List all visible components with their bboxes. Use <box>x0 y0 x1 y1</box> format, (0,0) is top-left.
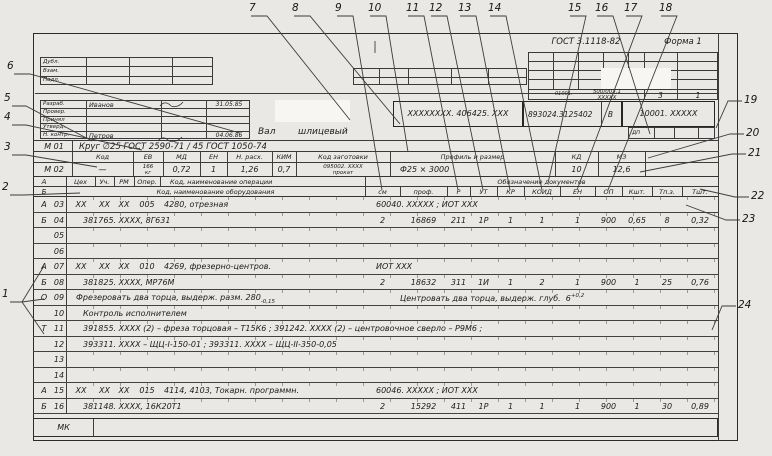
divider <box>86 58 87 84</box>
col-header-opname: Код, наименование операции <box>170 179 272 186</box>
cell-docs: ИОТ ХХХ <box>376 263 412 271</box>
cell-koid: 1 <box>524 403 560 411</box>
dp-label: дп <box>632 130 640 136</box>
divider <box>553 53 554 89</box>
cell-tsht: 0,76 <box>682 279 718 287</box>
callout-1: 1 <box>2 288 9 300</box>
cell-docs: 60046. ХХХХХ ; ИОТ ХХХ <box>376 387 478 395</box>
m02-nrash-value: 1,26 <box>227 166 272 174</box>
row-letter: Б <box>37 403 51 411</box>
divider <box>390 163 391 176</box>
col-header-ev: ЕВ <box>133 154 163 161</box>
divider <box>160 177 161 186</box>
col-header-rm: РМ <box>114 179 134 186</box>
row-number: 03 <box>52 201 66 209</box>
doc-small-code-prefix: 01001. <box>555 92 573 97</box>
cell-op-name: 4114, 4103, Токарн. программн. <box>164 387 299 395</box>
col-header-oper: Опер. <box>134 179 160 186</box>
col-header-md: МД <box>163 154 200 161</box>
archive-row-label: Взам. <box>43 69 59 75</box>
col-header-tsht: Тшт. <box>682 189 718 196</box>
signature-role-label: Утверд. <box>43 125 65 131</box>
col-header-tpz: Тп.з. <box>652 189 682 196</box>
cell-tooling-text: 393311. ХХХХ – ЩЦ-I-150-01 ; 393311. ХХХ… <box>83 341 337 349</box>
op-row-06: 06 <box>33 244 718 260</box>
archive-row-label: Подл. <box>43 78 60 84</box>
sheets-total-value: 3 <box>644 92 677 100</box>
col-header-profil: Профиль и размер <box>390 154 555 161</box>
cell-rm: ХХ <box>114 263 134 271</box>
cell-rm: ХХ <box>114 201 134 209</box>
col-header-op: ОП <box>595 189 622 196</box>
row-letter: Б <box>37 217 51 225</box>
col-header-en2: ЕН <box>560 189 595 196</box>
col-header-mz: МЗ <box>598 154 645 161</box>
org-code-value: ХХХХХХХХ. 406425. ХХХ <box>394 110 522 118</box>
divider <box>379 69 380 84</box>
callout-21: 21 <box>748 147 761 159</box>
col-header-tseh: Цех <box>66 179 95 186</box>
op-row-a15: А 15 ХХ ХХ ХХ 015 4114, 4103, Токарн. пр… <box>33 383 718 399</box>
cell-uch: ХХ <box>95 387 114 395</box>
divider <box>408 69 409 84</box>
m02-label: М 02 <box>37 166 71 174</box>
archive-row-label: Дубл. <box>43 60 59 66</box>
form-number-label: Форма 1 <box>652 38 714 47</box>
part-name-qualifier: шлицевый <box>298 128 348 137</box>
callout-5: 5 <box>4 92 11 104</box>
extra-code-box: 10001. ХХХХХ <box>622 101 715 127</box>
op-row-t11: Т 11 391855. ХХХХ (2) – фреза торцовая –… <box>33 321 718 337</box>
row-letter: Б <box>37 279 51 287</box>
op-row-o09: О 09 Фрезеровать два торца, выдерж. разм… <box>33 290 718 306</box>
callout-14: 14 <box>488 2 501 14</box>
col-header-kr: КР <box>497 189 524 196</box>
archive-row: Подл. <box>41 77 212 86</box>
signature-name: Иванов <box>89 102 114 109</box>
row-number: 12 <box>52 341 66 349</box>
row-letter: О <box>37 294 51 302</box>
cell-kr: 1 <box>497 279 524 287</box>
cell-equipment: 381765. ХХХХ, 8Г631 <box>83 217 170 225</box>
cell-tseh: ХХ <box>67 387 95 395</box>
signature-date: 31.05.85 <box>208 102 250 108</box>
row-letter: А <box>37 201 51 209</box>
callout-16: 16 <box>595 2 608 14</box>
cell-r: 411 <box>447 403 470 411</box>
divider <box>488 69 489 84</box>
callout-3: 3 <box>4 141 11 153</box>
m02-profil-value: Ф25 × 3000 <box>400 166 449 174</box>
m02-mz-value: 12,6 <box>598 166 645 174</box>
col-header-docs: Обозначение документов <box>365 179 718 186</box>
callout-22: 22 <box>751 190 764 202</box>
col-header-ut: УТ <box>470 189 497 196</box>
callout-18: 18 <box>659 2 672 14</box>
m02-ev-value-bottom: кг <box>133 171 163 177</box>
callout-24: 24 <box>738 299 751 311</box>
doc-designation-value: 893024.3125402 <box>528 111 592 119</box>
col-header-nrash: Н. расх. <box>227 154 272 161</box>
signature-row: Разраб. Иванов 31.05.85 <box>41 101 249 109</box>
title-block: Разраб. Иванов 31.05.85 Провер. Принял У… <box>40 100 250 139</box>
cell-tsht: 0,89 <box>682 403 718 411</box>
cell-ut: 1И <box>470 279 497 287</box>
cell-uch: ХХ <box>95 201 114 209</box>
col-header-uch: Уч. <box>95 179 114 186</box>
cell-koid: 2 <box>524 279 560 287</box>
col-header-equip: Код, наименование оборудования <box>66 189 365 196</box>
col-header-r: Р <box>447 189 470 196</box>
callout-9: 9 <box>335 2 342 14</box>
callout-13: 13 <box>458 2 471 14</box>
dp-cells: дп <box>628 127 715 139</box>
row-letter: А <box>37 263 51 271</box>
callout-11: 11 <box>406 2 419 14</box>
material-row-m01: М 01 Круг ∅25 ГОСТ 2590-71 / 45 ГОСТ 105… <box>33 140 718 152</box>
col-header-kod: Код <box>72 154 133 161</box>
m02-md-value: 0,72 <box>163 166 200 174</box>
m02-kim-value: 0,7 <box>272 166 296 174</box>
row-number: 14 <box>52 372 66 380</box>
cell-prof: 18632 <box>400 279 447 287</box>
cell-op: 900 <box>595 403 622 411</box>
row-number: 05 <box>52 232 66 240</box>
cell-tooling-text: 391855. ХХХХ (2) – фреза торцовая – Т15К… <box>83 325 482 333</box>
col-header-koid: КОИД <box>524 189 560 196</box>
col-header-kodzag: Код заготовки <box>296 154 390 161</box>
archive-row: Взам. <box>41 67 212 76</box>
signature-row: Н. контр. Петров 04.06.86 <box>41 132 249 140</box>
cell-equipment: 381825. ХХХХ, МР76М <box>83 279 174 287</box>
material-header-row: Код ЕВ МД ЕН Н. расх. КИМ Код заготовки … <box>33 152 718 163</box>
signature-row: Провер. <box>41 109 249 117</box>
signature-date: 04.06.86 <box>208 133 250 139</box>
cell-docs: 60040. ХХХХХ ; ИОТ ХХХ <box>376 201 478 209</box>
cell-tpz: 30 <box>652 403 682 411</box>
route-card-scan: ГОСТ 3.1118-82 Форма 1 Дубл. Взам. Подл. <box>0 0 772 456</box>
row-letter: А <box>37 387 51 395</box>
doc-designation-box: 893024.3125402 В <box>523 101 622 127</box>
cell-op-text: Контроль исполнителем <box>83 310 187 318</box>
cell-ksht: 1 <box>622 403 652 411</box>
signature-row: Утверд. <box>41 124 249 132</box>
cell-kr: 1 <box>497 403 524 411</box>
divider <box>645 152 646 162</box>
cell-ut: 1Р <box>470 217 497 225</box>
cell-prof: 16869 <box>400 217 447 225</box>
callout-19: 19 <box>744 94 757 106</box>
cell-r: 311 <box>447 279 470 287</box>
divider <box>698 128 699 138</box>
callout-6: 6 <box>7 60 14 72</box>
service-symbol-b: Б <box>37 189 51 196</box>
divider <box>206 101 207 138</box>
callout-8: 8 <box>292 2 299 14</box>
col-header-ksht: Кшт. <box>622 189 652 196</box>
cell-en: 1 <box>560 279 595 287</box>
signature-role-label: Принял <box>43 118 65 124</box>
row-number: 09 <box>52 294 66 302</box>
signature-row: Принял <box>41 117 249 125</box>
op-row-a07: А 07 ХХ ХХ ХХ 010 4269, фрезерно-центров… <box>33 259 718 275</box>
cell-r: 211 <box>447 217 470 225</box>
cell-koid: 1 <box>524 217 560 225</box>
op-row-13: 13 <box>33 352 718 368</box>
cell-prof: 15292 <box>400 403 447 411</box>
divider <box>654 128 655 138</box>
callout-4: 4 <box>4 111 11 123</box>
material-description: Круг ∅25 ГОСТ 2590-71 / 45 ГОСТ 1050-74 <box>79 143 267 152</box>
cell-tseh: ХХ <box>67 263 95 271</box>
service-symbol-a: А <box>37 179 51 186</box>
callout-23: 23 <box>742 213 755 225</box>
tolerance-sup: +0,2 <box>571 293 584 299</box>
gost-standard-label: ГОСТ 3.1118-82 <box>538 38 634 47</box>
signature-role-label: Провер. <box>43 110 66 116</box>
divider <box>129 58 130 84</box>
row-number: 06 <box>52 248 66 256</box>
divider <box>72 141 73 151</box>
col-header-kd: КД <box>555 154 598 161</box>
row-number: 08 <box>52 279 66 287</box>
cell-op-name: 4280, отрезная <box>164 201 228 209</box>
op-row-12: 12 393311. ХХХХ – ЩЦ-I-150-01 ; 393311. … <box>33 337 718 353</box>
cell-oper: 005 <box>134 201 160 209</box>
cell-sm: 2 <box>365 279 400 287</box>
op-row-a03: А 03 ХХ ХХ ХХ 005 4280, отрезная 60040. … <box>33 197 718 213</box>
scan-erasure <box>601 68 671 89</box>
signature-role-label: Н. контр. <box>43 133 69 139</box>
m02-en-value: 1 <box>200 166 227 174</box>
cell-uch: ХХ <box>95 263 114 271</box>
op-row-05: 05 <box>33 228 718 244</box>
cell-tsht: 0,32 <box>682 217 718 225</box>
material-row-m02: М 02 — 166 кг 0,72 1 1,26 0,7 095002. ХХ… <box>33 163 718 177</box>
op-row-b08: Б 08 381825. ХХХХ, МР76М 2 18632 311 1И … <box>33 275 718 291</box>
mk-label: МК <box>34 424 93 432</box>
m01-label: М 01 <box>37 143 71 151</box>
op-row-b04: Б 04 381765. ХХХХ, 8Г631 2 16869 211 1Р … <box>33 213 718 229</box>
callout-12: 12 <box>429 2 442 14</box>
cell-en: 1 <box>560 403 595 411</box>
cell-kr: 1 <box>497 217 524 225</box>
cell-oper: 015 <box>134 387 160 395</box>
cell-tpz: 8 <box>652 217 682 225</box>
cell-ksht: 0,65 <box>622 217 652 225</box>
archive-row: Дубл. <box>41 58 212 67</box>
op-row-10: 10 Контроль исполнителем <box>33 306 718 322</box>
cell-rm: ХХ <box>114 387 134 395</box>
cell-equipment: 381148. ХХХХ, 16К20Т1 <box>83 403 182 411</box>
divider <box>674 128 675 138</box>
divider <box>172 58 173 84</box>
cell-op-name: 4269, фрезерно-центров. <box>164 263 271 271</box>
callout-10: 10 <box>368 2 381 14</box>
part-name: Вал <box>258 128 275 137</box>
scan-erasure <box>275 100 350 122</box>
row-number: 15 <box>52 387 66 395</box>
cell-oper: 010 <box>134 263 160 271</box>
row-number: 10 <box>52 310 66 318</box>
cell-en: 1 <box>560 217 595 225</box>
cell-tseh: ХХ <box>67 201 95 209</box>
doc-designation-suffix: В <box>601 111 620 119</box>
cell-op: 900 <box>595 279 622 287</box>
callout-17: 17 <box>624 2 637 14</box>
archive-block: Дубл. Взам. Подл. <box>40 57 213 85</box>
divider <box>451 69 452 84</box>
row-number: 13 <box>52 356 66 364</box>
col-header-kim: КИМ <box>272 154 296 161</box>
op-row-14: 14 <box>33 368 718 384</box>
m02-kodzag-value-bottom: прокат <box>296 171 390 177</box>
cell-op: 900 <box>595 217 622 225</box>
cell-ksht: 1 <box>622 279 652 287</box>
extra-code-value: 10001. ХХХХХ <box>623 110 714 118</box>
cell-ut: 1Р <box>470 403 497 411</box>
col-header-sm: см <box>365 189 400 196</box>
callout-15: 15 <box>568 2 581 14</box>
org-code-box: ХХХХХХХХ. 406425. ХХХ <box>393 101 523 127</box>
cell-tpz: 25 <box>652 279 682 287</box>
grid-row <box>529 53 717 62</box>
row-number: 11 <box>52 325 66 333</box>
mk-footer: МК <box>33 418 718 437</box>
signature-name: Петров <box>89 133 114 140</box>
divider <box>93 419 94 436</box>
row-number: 07 <box>52 263 66 271</box>
divider <box>86 101 87 138</box>
cell-sm: 2 <box>365 403 400 411</box>
col-header-prof: проф. <box>400 189 447 196</box>
row-number: 16 <box>52 403 66 411</box>
row-letter: Т <box>37 325 51 333</box>
m02-kd-value: 10 <box>555 166 598 174</box>
callout-7: 7 <box>249 2 256 14</box>
col-header-en: ЕН <box>200 154 227 161</box>
callout-2: 2 <box>2 181 9 193</box>
op-row-b16: Б 16 381148. ХХХХ, 16К20Т1 2 15292 411 1… <box>33 399 718 415</box>
divider <box>578 53 579 89</box>
divider <box>645 163 646 176</box>
cell-op-text-right: Центровать два торца, выдерж. глуб. 6+0,… <box>400 294 584 303</box>
callout-20: 20 <box>746 127 759 139</box>
sheet-number-value: 1 <box>677 92 719 100</box>
signature-role-label: Разраб. <box>43 102 65 108</box>
op-header-a: А Цех Уч. РМ Опер. Код, наименование опе… <box>33 177 718 187</box>
stamp-grid <box>353 68 527 85</box>
cell-sm: 2 <box>365 217 400 225</box>
row-number: 04 <box>52 217 66 225</box>
m02-kod-value: — <box>72 166 133 174</box>
divider <box>161 101 162 138</box>
